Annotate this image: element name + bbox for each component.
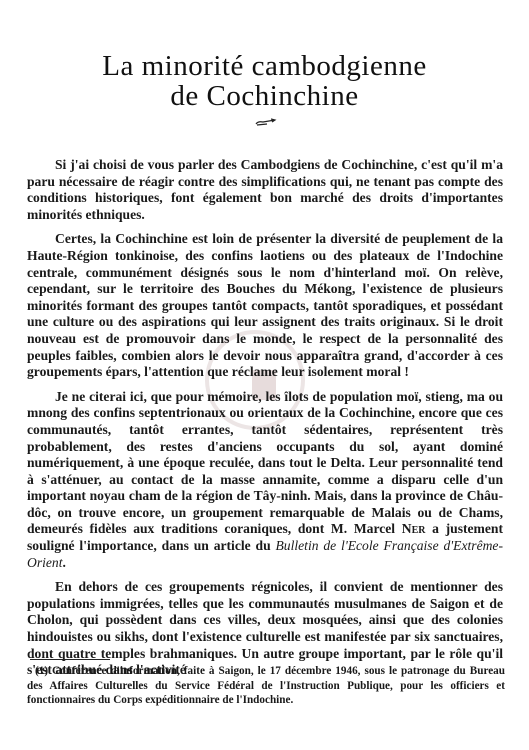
paragraph-2: Certes, la Cochinchine est loin de prése… xyxy=(27,231,503,380)
flourish-ornament-icon xyxy=(255,118,277,126)
article-title-line-2: de Cochinchine xyxy=(0,80,529,113)
footnote-text: (1) Conférence d'information, faite à Sa… xyxy=(27,664,505,708)
document-page: La minorité cambodgienne de Cochinchine … xyxy=(0,0,529,750)
paragraph-1: Si j'ai choisi de vous parler des Cambod… xyxy=(27,157,503,223)
article-title-line-1: La minorité cambodgienne xyxy=(0,50,529,83)
paragraph-3-text-c: . xyxy=(63,555,66,570)
footnote-separator xyxy=(30,659,110,660)
article-body: Si j'ai choisi de vous parler des Cambod… xyxy=(27,157,503,687)
paragraph-3-text-a: Je ne citerai ici, que pour mémoire, les… xyxy=(27,389,503,537)
footnote: (1) Conférence d'information, faite à Sa… xyxy=(27,664,505,708)
author-surname: Ner xyxy=(402,521,426,536)
paragraph-3: Je ne citerai ici, que pour mémoire, les… xyxy=(27,389,503,572)
